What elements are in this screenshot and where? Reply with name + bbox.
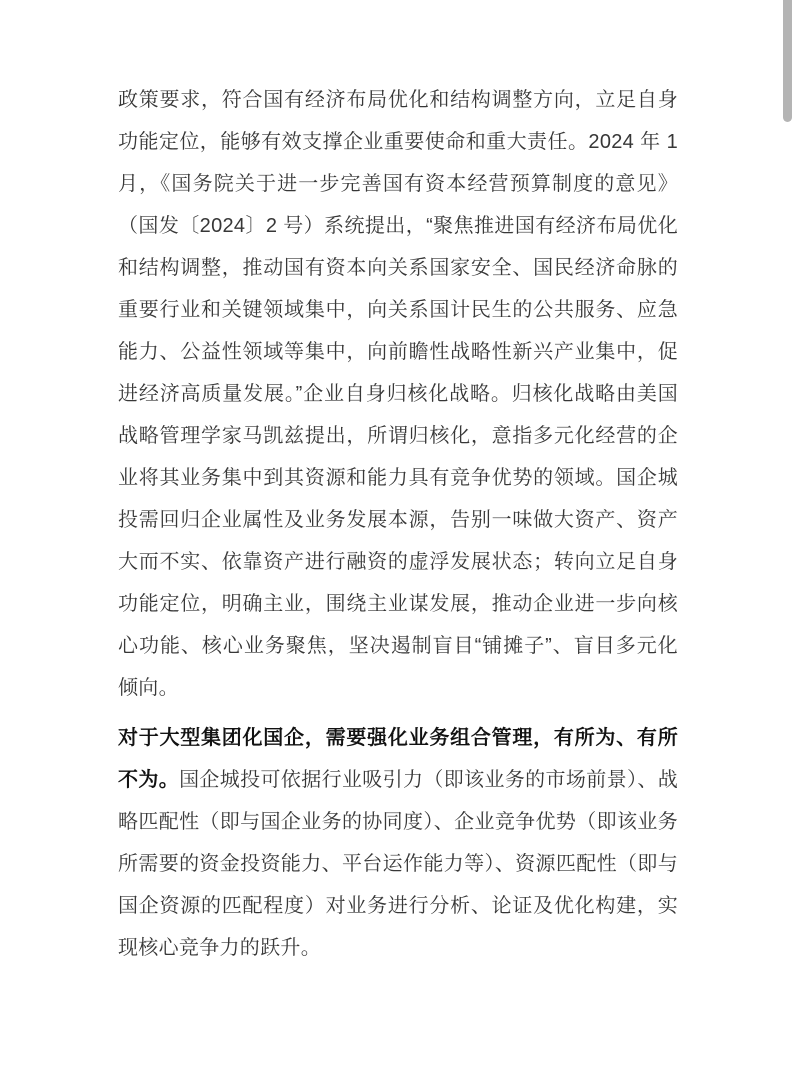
paragraph: 政策要求，符合国有经济布局优化和结构调整方向，立足自身功能定位，能够有效支撑企业… xyxy=(118,79,678,709)
article-body: 政策要求，符合国有经济布局优化和结构调整方向，立足自身功能定位，能够有效支撑企业… xyxy=(118,79,678,977)
document-page: 政策要求，符合国有经济布局优化和结构调整方向，立足自身功能定位，能够有效支撑企业… xyxy=(0,0,800,1078)
paragraph: 对于大型集团化国企，需要强化业务组合管理，有所为、有所不为。国企城投可依据行业吸… xyxy=(118,717,678,969)
paragraph-text: 国企城投可依据行业吸引力（即该业务的市场前景）、战略匹配性（即与国企业务的协同度… xyxy=(118,769,678,959)
paragraph-text: 政策要求，符合国有经济布局优化和结构调整方向，立足自身功能定位，能够有效支撑企业… xyxy=(118,89,678,699)
scrollbar-thumb[interactable] xyxy=(783,0,792,122)
